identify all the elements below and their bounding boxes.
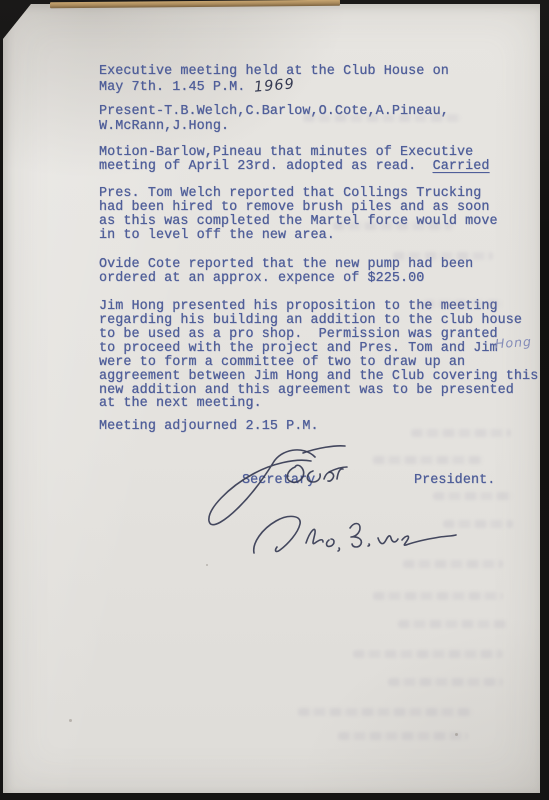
typed-line: W.McRann,J.Hong. [99, 120, 229, 134]
bleedthrough-smudge [393, 252, 493, 260]
bleedthrough-smudge [411, 429, 511, 437]
adjourned-line: Meeting adjourned 2.15 P.M. [99, 420, 319, 434]
bleedthrough-smudge [373, 456, 483, 464]
bleedthrough-smudge [423, 300, 503, 308]
bleedthrough-smudge [353, 650, 503, 658]
scanned-document-frame: Executive meeting held at the Club House… [0, 0, 549, 800]
president-label: President. [414, 474, 495, 488]
typed-line: in to level off the new area. [99, 229, 335, 243]
typed-line: ordered at an approx. expence of $225.00 [99, 272, 424, 286]
typed-line: meeting of April 23rd. adopted as read. … [99, 160, 490, 174]
bleedthrough-smudge [333, 222, 453, 230]
handwritten-name-hong: Hong [495, 334, 533, 352]
dust-speck [455, 733, 458, 736]
bleedthrough-smudge [403, 560, 503, 568]
bleedthrough-smudge [298, 708, 473, 716]
bleedthrough-smudge [443, 520, 513, 528]
typed-text: May 7th. 1.45 P.M. [99, 80, 245, 95]
bleedthrough-smudge [388, 678, 503, 686]
bleedthrough-smudge [433, 492, 513, 500]
bleedthrough-smudge [373, 592, 503, 600]
handwritten-year: 1969 [254, 77, 296, 95]
typed-line: at the next meeting. [99, 397, 262, 411]
bleedthrough-smudge [338, 732, 468, 740]
typed-text: meeting of April 23rd. adopted as read. [99, 159, 433, 174]
carried-underlined-word: Carried [433, 159, 490, 174]
typed-line: May 7th. 1.45 P.M.1969 [99, 79, 295, 95]
dust-speck [69, 719, 72, 722]
bleedthrough-smudge [303, 114, 463, 122]
president-signature [250, 511, 460, 561]
scanned-page: Executive meeting held at the Club House… [3, 4, 540, 793]
bleedthrough-smudge [398, 620, 508, 628]
dust-speck [206, 564, 208, 566]
